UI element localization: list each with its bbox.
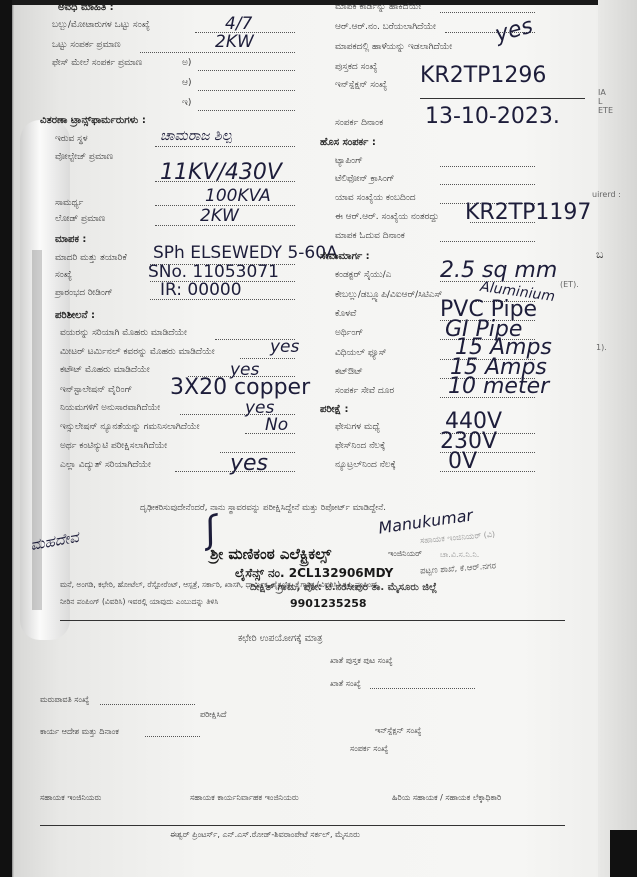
contractor-name: ಶ್ರೀ ಮಣಿಕಂಠ ಎಲೆಕ್ಟ್ರಿಕಲ್ಸ್ <box>210 545 331 563</box>
field-line <box>440 241 535 242</box>
field-label-earthing: ಅರ್ಥಿಂಗ್ <box>335 328 363 338</box>
declaration-text: ದೃಢೀಕರಿಸುವುದೇನೆಂದರೆ, ನಾನು ಸ್ಥಾವರವನ್ನು ಪರ… <box>140 503 386 513</box>
field-label-meter-number: ಸಂಖ್ಯೆ <box>55 270 72 280</box>
contractor-license: ಲೈಸೆನ್ಸ್ ನಂ. 2CL132906MDY <box>235 566 393 581</box>
margin-mark: ETE <box>598 106 613 115</box>
margin-mark: L <box>598 97 602 106</box>
field-line <box>198 90 295 91</box>
field-label-load: ಲೋಡ್ ಪ್ರಮಾಣ <box>55 214 105 224</box>
field-label-conduit: ಕೊಳವೆ <box>335 309 356 319</box>
field-label-meter-read-date: ಮಾಪಕ ಓದುವ ದಿನಾಂಕ <box>335 231 405 241</box>
office-receipt-no-label: ಮರುಪಾವತಿ ಸಂಖ್ಯೆ <box>40 695 89 705</box>
signatory-assistant-engineer: ಸಹಾಯಕ ಇಂಜಿನಿಯರು <box>40 793 101 803</box>
field-label-phase-to-phase: ಫೇಸುಗಳ ಮಧ್ಯೆ <box>335 422 380 432</box>
field-value-inspection-no: KR2TP1296 <box>420 63 546 88</box>
section-title-inspection: ಪರಿಶೀಲನೆ : <box>55 310 95 321</box>
phase-sub-c: ಇ) <box>182 98 191 108</box>
office-account-no-label: ಖಾತೆ ಸಂಖ್ಯೆ <box>330 679 361 689</box>
field-label-meter-card: ಮಾಪಕ ಕಾರ್ಡನ್ನು ಹಾಕಿದೆಯೇ <box>335 2 421 12</box>
field-label-meter-make: ಮಾದರಿ ಮತ್ತು ತಯಾರಿಕೆ <box>55 253 127 263</box>
field-line <box>240 358 295 359</box>
field-label-cable-type: ಕೇಬಲ್ಲು/ಡಬ್ಲ್ಯೂಪಿ/ವಿಐಆರ್/ಸಿಟಿಎಸ್ <box>335 290 442 300</box>
scan-corner-shadow <box>610 830 637 877</box>
field-label-wiring: ಇನ್‌ಸ್ಟಾಲೇಷನ್ ವೈರಿಂಗ್ <box>60 385 132 395</box>
field-label-wire-sealed: ವಯರನ್ನು ಸರಿಯಾಗಿ ಮೊಹರು ಮಾಡಿದೆಯೇ <box>60 328 187 338</box>
field-label-total-load: ಒಟ್ಟು ಸಂಪರ್ಕ ಪ್ರಮಾಣ <box>52 40 121 50</box>
field-line <box>198 70 295 71</box>
field-label-phase-to-earth: ಫೇಸ್‌ನಿಂದ ನೆಲಕ್ಕೆ <box>335 441 385 451</box>
margin-mark: (ET). <box>560 280 579 289</box>
section-title-meter: ಮಾಪಕ : <box>55 234 86 245</box>
field-line <box>440 166 535 167</box>
field-line <box>100 704 195 705</box>
field-value-capacity: 100KVA <box>205 186 271 206</box>
category-line-2: ನೀರಿನ ಪಂಪಿಂಗ್ (ವಿವರಿಸಿ) ಇವರಲ್ಲಿ ಯಾವುದು ಎ… <box>60 597 218 607</box>
field-label-as-per-rules: ನಿಯಮಗಳಿಗೆ ಅನುಸಾರವಾಗಿದೆಯೇ <box>60 403 160 413</box>
field-label-insulation-defect: ಇನ್ಸುಲೇಷನ್ ನ್ಯೂನತೆಯನ್ನು ಗಮನಿಸಲಾಗಿದೆಯೇ <box>60 422 200 432</box>
field-label-sheet-in-meter: ಮಾಪಕದಲ್ಲಿ ಹಾಳೆಯನ್ನು ಇಡಲಾಗಿದೆಯೇ <box>335 42 452 52</box>
field-value-meter-make: SPh ELSEWEDY 5-60A <box>153 243 338 263</box>
footer-divider <box>40 825 565 826</box>
section-title-transformer: ವಿತರಣಾ ಟ್ರಾನ್ಸ್‌ಫಾರ್ಮರುಗಳು : <box>40 115 146 126</box>
pen-shadow <box>32 250 42 610</box>
section-divider <box>60 620 565 621</box>
engineer-stamp-branch: ಪಟ್ಟಣ ಶಾಖೆ, ಕೆ.ಆರ್.ನಗರ <box>420 561 497 576</box>
engineer-label: ಇಂಜಿನಿಯರ್ <box>388 549 422 559</box>
field-label-fuse: ವಿಧಿಯಲ್ ಫ್ಯೂಸ್ <box>335 348 387 358</box>
field-value-conductor: 2.5 sq mm <box>440 258 557 283</box>
field-value-rr-written: yes <box>492 14 535 48</box>
field-value-total-bulbs: 4/7 <box>225 14 252 34</box>
field-label-phase-load: ಫೇಸ್ ಮೇಲೆ ಸಂಪರ್ಕ ಪ್ರಮಾಣ <box>52 58 142 68</box>
signatory-assistant-executive-engineer: ಸಹಾಯಕ ಕಾರ್ಯನಿರ್ವಾಹಕ ಇಂಜಿನಿಯರು <box>190 793 299 803</box>
scanned-form-page: ಅವಧಿ ಮಾಹಿತಿ : ಬಲ್ಬು/ಮೋಟಾರುಗಳ ಒಟ್ಟು ಸಂಖ್ಯ… <box>0 0 637 877</box>
field-label-pole-no: ಯಾವ ಸಂಖ್ಯೆಯ ಕಂಬದಿಂದ <box>335 193 416 203</box>
field-label-connection-date: ಸಂಪರ್ಕ ದಿನಾಂಕ <box>335 118 383 128</box>
field-value-all-ok: yes <box>230 451 268 476</box>
field-value-connection-date: 13-10-2023. <box>425 104 560 129</box>
field-value-service-distance: 10 meter <box>448 374 549 399</box>
field-line <box>440 184 535 185</box>
phase-sub-b: ಆ) <box>182 78 191 88</box>
office-ledger-page-label: ಖಾತೆ ಪುಸ್ತಕ ಪುಟ ಸಂಖ್ಯೆ <box>330 656 393 666</box>
field-value-initial-reading: IR: 00000 <box>160 280 242 300</box>
field-label-neutral-to-earth: ನ್ಯೂಟ್ರಲ್‌ನಿಂದ ನೆಲಕ್ಕೆ <box>335 460 396 470</box>
field-label-terminal-cover: ಮೀಟರ್ ಟರ್ಮಿನಲ್ ಕವರನ್ನು ಮೊಹರು ಮಾಡಿದೆಯೇ <box>60 347 215 357</box>
field-label-voltage: ವೋಲ್ಟೇಜ್ ಪ್ರಮಾಣ <box>55 152 113 162</box>
field-line <box>198 110 295 111</box>
field-label-total-bulbs: ಬಲ್ಬು/ಮೋಟಾರುಗಳ ಒಟ್ಟು ಸಂಖ್ಯೆ <box>52 20 150 30</box>
field-value-terminal-cover: yes <box>270 337 299 357</box>
office-checked-label: ಪರೀಕ್ಷಿಸಿದೆ <box>200 710 226 720</box>
margin-mark: IA <box>598 88 606 97</box>
field-label-book-no: ಪುಸ್ತಕದ ಸಂಖ್ಯೆ <box>335 62 378 72</box>
field-line <box>440 12 535 13</box>
field-label-all-ok: ಎಲ್ಲಾ ವಿದ್ಯುತ್ ಸರಿಯಾಗಿದೆಯೇ <box>60 460 151 470</box>
field-label-earth-continuity: ಅರ್ಥ ಕಂಟಿನ್ಯುಟಿ ಪರೀಕ್ಷಿಸಲಾಗಿದೆಯೇ <box>60 441 167 451</box>
field-label-location: ಇರುವ ಸ್ಥಳ <box>55 134 88 144</box>
category-line-1: ಮನೆ, ಅಂಗಡಿ, ಕಛೇರಿ, ಹೋಟೆಲ್, ರೆಸ್ಟೋರೆಂಟ್, … <box>60 580 378 590</box>
underlying-page-edge <box>598 0 637 877</box>
margin-mark: ಬ <box>596 248 603 262</box>
field-label-after-rr: ಈ ಆರ್.ಆರ್. ಸಂಖ್ಯೆಯ ನಂತರದ್ದು <box>335 212 439 222</box>
field-line <box>145 736 200 737</box>
office-inspection-no-label: ಇನ್‌ಸ್ಪೆಕ್ಷನ್ ಸಂಖ್ಯೆ <box>375 726 421 736</box>
field-value-neutral-to-earth: 0V <box>448 449 477 474</box>
field-label-cutout: ಕಟ್‌ಔಟ್ <box>335 367 363 377</box>
field-value-location: ಚಾಮರಾಜ ಶಿಲ್ಪ <box>160 128 232 144</box>
office-connection-no-label: ಸಂಪರ್ಕ ಸಂಖ್ಯೆ <box>350 744 388 754</box>
printer-credit: ಈಶ್ವರ್ ಪ್ರಿಂಟರ್ಸ್, ಎನ್.ಎಸ್.ರೋಡ್-ಶಿವರಾಂಪೇ… <box>170 830 360 840</box>
field-label-capacity: ಸಾಮರ್ಥ್ಯ <box>55 198 83 208</box>
field-line <box>140 52 295 53</box>
field-value-total-load: 2KW <box>215 32 254 52</box>
office-work-order-label: ಕಾರ್ಯ ಆದೇಶ ಮತ್ತು ದಿನಾಂಕ <box>40 727 119 737</box>
margin-mark: uirerd : <box>592 190 621 199</box>
section-title-service-line: ಸೇವಾಮಾರ್ಗ : <box>320 251 370 262</box>
section-title-new-connection: ಹೊಸ ಸಂಪರ್ಕ : <box>320 137 376 148</box>
field-value-meter-number: SNo. 11053071 <box>148 262 279 282</box>
field-line <box>370 688 475 689</box>
contractor-phone: 9901235258 <box>290 597 367 610</box>
field-label-initial-reading: ಪ್ರಾರಂಭದ ರೀಡಿಂಗ್ <box>55 288 113 298</box>
engineer-stamp-org: ಚಾ.ವಿ.ಸ.ನಿ.ನಿ. <box>440 550 479 560</box>
field-label-conductor: ಕಂಡಕ್ಟರ್ ಸೈಯು/ಎ <box>335 270 391 280</box>
section-title-load: ಅವಧಿ ಮಾಹಿತಿ : <box>58 2 114 13</box>
field-label-service-distance: ಸಂಪರ್ಕ ಸೇವೆ ದೂರ <box>335 386 394 396</box>
field-label-rr-written: ಆರ್.ಆರ್.ನಂ. ಬರೆಯಲಾಗಿದೆಯೇ <box>335 22 436 32</box>
field-label-tapping: ಟ್ಯಾಪಿಂಗ್ <box>335 156 363 166</box>
office-use-title: ಕಛೇರಿ ಉಪಯೋಗಕ್ಕೆ ಮಾತ್ರ <box>238 633 322 644</box>
scan-left-edge <box>0 0 12 877</box>
field-value-insulation-defect: No <box>265 415 288 435</box>
field-value-after-rr: KR2TP1197 <box>465 200 591 225</box>
field-label-telephone-crossing: ಟೆಲಿಫೋನ್ ಕ್ರಾಸಿಂಗ್ <box>335 174 395 184</box>
section-title-test: ಪರೀಕ್ಷೆ : <box>320 404 349 415</box>
field-value-load: 2KW <box>200 206 239 226</box>
field-label-inspection-no: ಇನ್‌ಸ್ಪೆಕ್ಷನ್ ಸಂಖ್ಯೆ <box>335 80 387 90</box>
field-value-wiring: 3X20 copper <box>170 375 310 400</box>
phase-sub-a: ಅ) <box>182 58 191 68</box>
underline <box>420 98 585 99</box>
engineer-stamp-title: ಸಹಾಯಕ ಇಂಜಿನಿಯರ್ (ವಿ) <box>420 530 496 547</box>
margin-mark: 1). <box>596 343 607 352</box>
field-line <box>155 146 295 147</box>
field-label-cutout-sealed: ಕಟೌಟ್ ಮೊಹರು ಮಾಡಿದೆಯೇ <box>60 365 150 375</box>
signatory-accounts-officer: ಹಿರಿಯ ಸಹಾಯಕ / ಸಹಾಯಕ ಲೆಕ್ಕಾಧಿಕಾರಿ <box>392 793 501 803</box>
field-value-voltage: 11KV/430V <box>160 160 282 185</box>
